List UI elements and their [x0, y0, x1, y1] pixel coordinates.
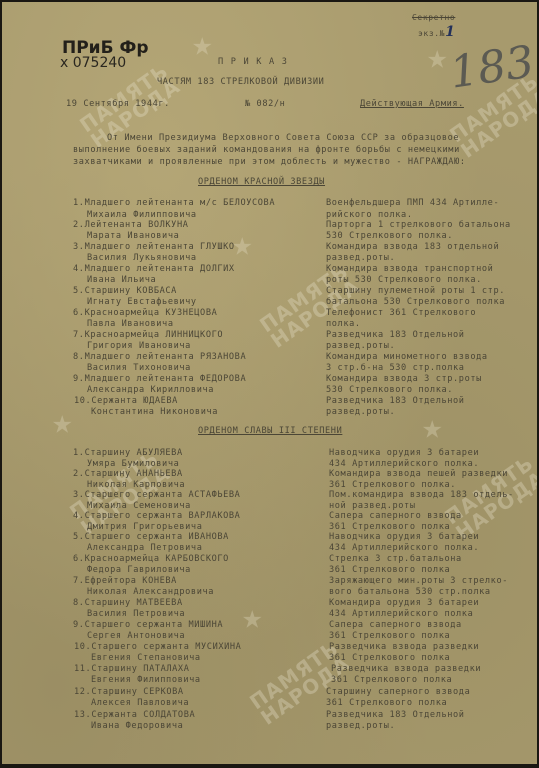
list-item-name: 5.Старшего сержанта ИВАНОВА	[73, 532, 229, 542]
list-item-name: 7.Ефрейтора КОНЕВА	[73, 576, 177, 586]
list-item-given-names: Николая Александровича	[87, 587, 214, 597]
list-item-name: 9.Старшего сержанта МИШИНА	[73, 620, 223, 630]
list-item-position: батальона 530 Стрелкового полка	[326, 297, 505, 307]
list-item-position: 361 Стрелкового полка	[326, 698, 447, 708]
list-item-name: 3.Младшего лейтенанта ГЛУШКО	[73, 242, 235, 252]
list-item-position: Военфельдшера ПМП 434 Артилле-	[326, 198, 499, 208]
list-item-position: Наводчика орудия 3 батареи	[329, 532, 479, 542]
list-item-given-names: Василия Лукьяновича	[87, 253, 197, 263]
list-item-given-names: Федора Гавриловича	[87, 565, 191, 575]
list-item-position: Старшину пулеметной роты 1 стр.	[326, 286, 505, 296]
list-item-name: 2.Лейтенанта ВОЛКУНА	[73, 220, 189, 230]
archive-stamp-number: х 075240	[60, 55, 126, 71]
list-item-position: 530 Стрелкового полка.	[326, 231, 453, 241]
list-item-given-names: Дмитрия Григорьевича	[87, 522, 202, 532]
list-item-position: 361 Стрелкового полка	[329, 522, 450, 532]
list-item-given-names: Василия Петровича	[87, 609, 185, 619]
list-item-given-names: Ивана Федоровича	[91, 721, 183, 731]
list-item-position: Разведчика 183 Отдельной	[326, 710, 465, 720]
list-item-position: 361 Стрелкового полка	[331, 675, 452, 685]
list-item-name: 3.Старшего сержанта АСТАФЬЕВА	[73, 490, 240, 500]
list-item-given-names: Михаила Семеновича	[87, 501, 191, 511]
list-item-position: 361 Стрелкового полка	[329, 631, 450, 641]
list-item-position: вого батальона 530 стр.полка	[329, 587, 491, 597]
list-item-given-names: Сергея Антоновича	[87, 631, 185, 641]
list-item-position: Разведчика взвода разведки	[331, 664, 481, 674]
list-item-given-names: Игнату Евстафьевичу	[87, 297, 197, 307]
list-item-name: 6.Красноармейца КУЗНЕЦОВА	[73, 308, 217, 318]
section-heading-glory-3rd: ОРДЕНОМ СЛАВЫ III СТЕПЕНИ	[198, 426, 342, 436]
list-item-position: Стрелка 3 стр.батальона	[329, 554, 462, 564]
list-item-name: 10.Старшего сержанта МУСИХИНА	[74, 642, 241, 652]
list-item-given-names: Марата Ивановича	[87, 231, 179, 241]
list-item-position: развед.роты.	[326, 341, 395, 351]
order-date: 19 Сентября 1944г.	[66, 99, 170, 109]
section-heading-red-star: ОРДЕНОМ КРАСНОЙ ЗВЕЗДЫ	[198, 177, 325, 187]
army-label: Действующая Армия.	[360, 99, 464, 109]
watermark-star-icon: ★	[422, 407, 442, 447]
watermark-star-icon: ★	[427, 37, 447, 77]
list-item-position: 361 Стрелкового полка	[329, 565, 450, 575]
list-item-name: 6.Красноармейца КАРБОВСКОГО	[73, 554, 229, 564]
list-item-given-names: Алексея Павловича	[91, 698, 189, 708]
list-item-name: 9.Младшего лейтенанта ФЕДОРОВА	[73, 374, 246, 384]
list-item-name: 10.Сержанта ЮДАЕВА	[74, 396, 178, 406]
list-item-position: развед.роты.	[326, 253, 395, 263]
list-item-name: 13.Сержанта СОЛДАТОВА	[74, 710, 195, 720]
list-item-position: Командира орудия 3 батареи	[329, 598, 479, 608]
list-item-given-names: Николая Карповича	[87, 480, 185, 490]
list-item-position: Командира минометного взвода	[326, 352, 488, 362]
copy-label: экз.№1	[418, 24, 455, 40]
list-item-position: Командира взвода 183 отдельной	[326, 242, 499, 252]
list-item-position: 361 Стрелкового полка.	[329, 480, 456, 490]
list-item-name: 1.Старшину АБУЛЯЕВА	[73, 448, 183, 458]
list-item-position: 361 Стрелкового полка	[329, 653, 450, 663]
list-item-position: Телефонист 361 Стрелкового	[326, 308, 476, 318]
list-item-given-names: Александра Кирилловича	[87, 385, 214, 395]
list-item-position: роты 530 Стрелкового полка.	[326, 275, 482, 285]
list-item-given-names: Григория Ивановича	[87, 341, 191, 351]
list-item-name: 4.Старшего сержанта ВАРЛАКОВА	[73, 511, 240, 521]
list-item-given-names: Павла Ивановича	[87, 319, 174, 329]
list-item-name: 5.Старшину КОВБАСА	[73, 286, 177, 296]
list-item-position: Сапера саперного взвода	[329, 620, 462, 630]
list-item-position: Парторга 1 стрелкового батальона	[326, 220, 511, 230]
list-item-given-names: Евгения Филипповича	[91, 675, 201, 685]
document-page: ★ ПАМЯТЬНАРОДА ★ ПАМЯТЬНАРОДА ★ ПАМЯТЬНА…	[2, 2, 537, 764]
list-item-given-names: Умяра Бумиловича	[87, 459, 179, 469]
watermark-star-icon: ★	[242, 597, 262, 637]
secrecy-label: Секретно	[412, 13, 455, 22]
list-item-position: Командира взвода пешей разведки	[329, 469, 508, 479]
list-item-given-names: Константина Никоновича	[91, 407, 218, 417]
watermark-star-icon: ★	[52, 402, 72, 442]
list-item-given-names: Михаила Филипповича	[87, 210, 197, 220]
list-item-name: 8.Старшину МАТВЕЕВА	[73, 598, 183, 608]
list-item-name: 12.Старшину СЕРКОВА	[74, 687, 184, 697]
list-item-position: Пом.командира взвода 183 отдель-	[329, 490, 514, 500]
document-title: П Р И К А З	[218, 57, 288, 67]
list-item-position: 530 Стрелкового полка.	[326, 385, 453, 395]
list-item-position: рийского полка.	[326, 210, 413, 220]
list-item-position: 434 Артиллерийского полка.	[329, 543, 479, 553]
list-item-position: Наводчика орудия 3 батареи	[329, 448, 479, 458]
list-item-given-names: Ивана Ильича	[87, 275, 156, 285]
list-item-name: 11.Старшину ПАТАЛАХА	[74, 664, 189, 674]
list-item-position: Командира взвода транспортной	[326, 264, 493, 274]
watermark-star-icon: ★	[192, 24, 212, 64]
list-item-position: Сапера саперного взвода	[329, 511, 462, 521]
list-item-position: Разведчика 183 Отдельной	[326, 330, 465, 340]
list-item-position: Старшину саперного взвода	[326, 687, 470, 697]
list-item-position: полка.	[326, 319, 361, 329]
list-item-position: Разведчика 183 Отдельной	[326, 396, 465, 406]
list-item-position: 434 Артиллерийского полка.	[329, 459, 479, 469]
list-item-position: 3 стр.б-на 530 стр.полка	[326, 363, 465, 373]
preamble-line: выполнение боевых заданий командования н…	[73, 145, 460, 155]
list-item-given-names: Александра Петровича	[87, 543, 202, 553]
copy-number: 1	[445, 24, 455, 40]
document-subtitle: ЧАСТЯМ 183 СТРЕЛКОВОЙ ДИВИЗИИ	[157, 77, 324, 87]
list-item-position: Командира взвода 3 стр.роты	[326, 374, 482, 384]
watermark-star-icon: ★	[232, 224, 252, 264]
list-item-position: Разведчика взвода разведки	[329, 642, 479, 652]
order-number: № 082/н	[245, 99, 285, 109]
list-item-name: 1.Младшего лейтенанта м/с БЕЛОУСОВА	[73, 198, 275, 208]
preamble-line: захватчиками и проявленные при этом добл…	[73, 157, 466, 167]
list-item-given-names: Василия Тихоновича	[87, 363, 191, 373]
list-item-position: 434 Артиллерийского полка	[329, 609, 473, 619]
list-item-position: Заряжающего мин.роты 3 стрелко-	[329, 576, 508, 586]
list-item-name: 7.Красноармейца ЛИННИЦКОГО	[73, 330, 223, 340]
list-item-name: 8.Младшего лейтенанта РЯЗАНОВА	[73, 352, 246, 362]
list-item-name: 4.Младшего лейтенанта ДОЛГИХ	[73, 264, 235, 274]
list-item-name: 2.Старшину АНАНЬЕВА	[73, 469, 183, 479]
preamble-line: От Имени Президиума Верховного Совета Со…	[107, 133, 459, 143]
list-item-position: развед.роты.	[326, 721, 395, 731]
list-item-given-names: Евгения Степановича	[91, 653, 201, 663]
list-item-position: ной развед.роты	[329, 501, 416, 511]
list-item-position: развед.роты.	[326, 407, 395, 417]
